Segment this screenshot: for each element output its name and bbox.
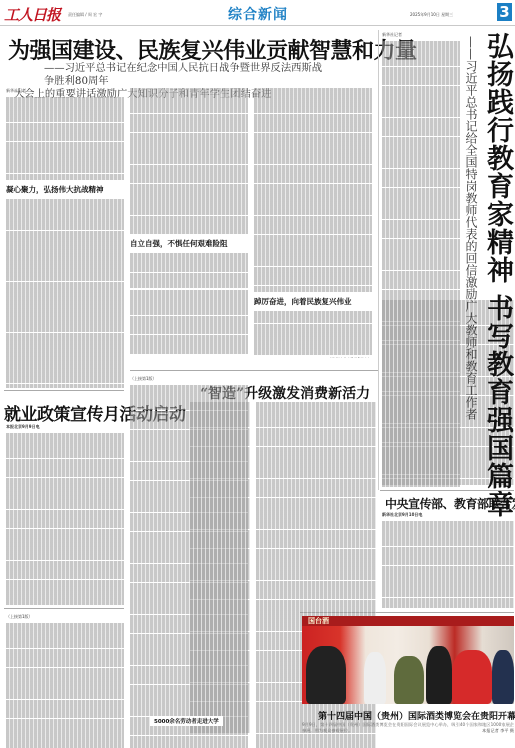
- union-university-subhead: 5000余名劳动者走进大学: [150, 716, 223, 726]
- teacher-dateline: 新华社北京9月10日电: [382, 512, 514, 518]
- lead-dateline-end: （新华社北京9月9日电）: [254, 357, 372, 358]
- lead-col-2b: [130, 290, 248, 360]
- section-divider: [4, 390, 124, 391]
- employment-dateline: 本报北京9月9日电: [6, 424, 124, 430]
- photo-person: [452, 650, 492, 704]
- smart-story-col-2: [190, 402, 250, 748]
- continued-label: （上接第1版）: [130, 376, 248, 382]
- right-feature-subtitle: ——习近平总书记给全国特岗教师代表的回信激励广大教师和教育工作者: [462, 36, 480, 420]
- masthead: 工人日报 责任编辑 / 周 宏 宇 综合新闻 2025年9月10日 星期三 3: [0, 0, 515, 26]
- photo-person: [394, 656, 424, 704]
- lead-section-head-1: 凝心聚力，弘扬伟大抗战精神: [6, 184, 124, 195]
- photo-caption: 第十四届中国（贵州）国际酒类博览会在贵阳开幕: [318, 709, 515, 722]
- photo-sign: 国台酒: [308, 616, 329, 626]
- lead-headline: 为强国建设、民族复兴伟业贡献智慧和力量: [8, 34, 417, 65]
- editor-credit: 责任编辑 / 周 宏 宇: [68, 12, 102, 18]
- right-feature-title: 弘扬践行教育家精神 书写教育强国篇章: [482, 32, 512, 518]
- photo-person: [492, 650, 514, 704]
- photo-person: [306, 646, 346, 704]
- expo-photo: 国台酒: [302, 616, 514, 704]
- section-divider: [4, 608, 124, 609]
- page-number: 3: [497, 3, 512, 21]
- photo-person: [426, 646, 452, 704]
- continued-from-label: （上接第1版）: [6, 614, 124, 620]
- photo-credit: 本报记者 李平 摄: [482, 728, 514, 734]
- section-title: 综合新闻: [228, 4, 288, 24]
- lead-col-2: 自立自强，不惧任何艰难险阻: [130, 88, 248, 288]
- column-divider: [378, 30, 379, 490]
- photo-person: [364, 652, 386, 704]
- section-divider: [380, 490, 514, 491]
- lead-col-3: 踔厉奋进，向着民族复兴伟业 （新华社北京9月9日电）: [254, 88, 372, 358]
- teacher-story-body: 新华社北京9月10日电: [382, 512, 514, 608]
- photo-description: 9月9日，第十四届中国（贵州）国际酒类博览会在贵阳国际会议展览中心举办，吸引40…: [302, 722, 514, 734]
- lead-subhead-line1: ——习近平总书记在纪念中国人民抗日战争暨世界反法西斯战争胜利80周年: [14, 62, 324, 88]
- lead-col-1: 新华社记者 凝心聚力，弘扬伟大抗战精神: [6, 88, 124, 388]
- teacher-story-title: 中央宣传部、教育部联合发布2025年“最美教师”: [385, 495, 515, 512]
- lead-byline: 新华社记者: [6, 88, 124, 94]
- employment-story-body: 本报北京9月9日电: [6, 424, 124, 606]
- newspaper-logo: 工人日报: [4, 4, 60, 25]
- right-feature-byline: 新华社记者: [382, 32, 460, 38]
- lead-section-head-3: 踔厉奋进，向着民族复兴伟业: [254, 296, 372, 307]
- section-divider: [130, 370, 378, 371]
- continued-story: （上接第1版）: [6, 614, 124, 748]
- lead-section-head-2: 自立自强，不惧任何艰难险阻: [130, 238, 248, 249]
- issue-date: 2025年9月10日 星期三: [410, 12, 453, 18]
